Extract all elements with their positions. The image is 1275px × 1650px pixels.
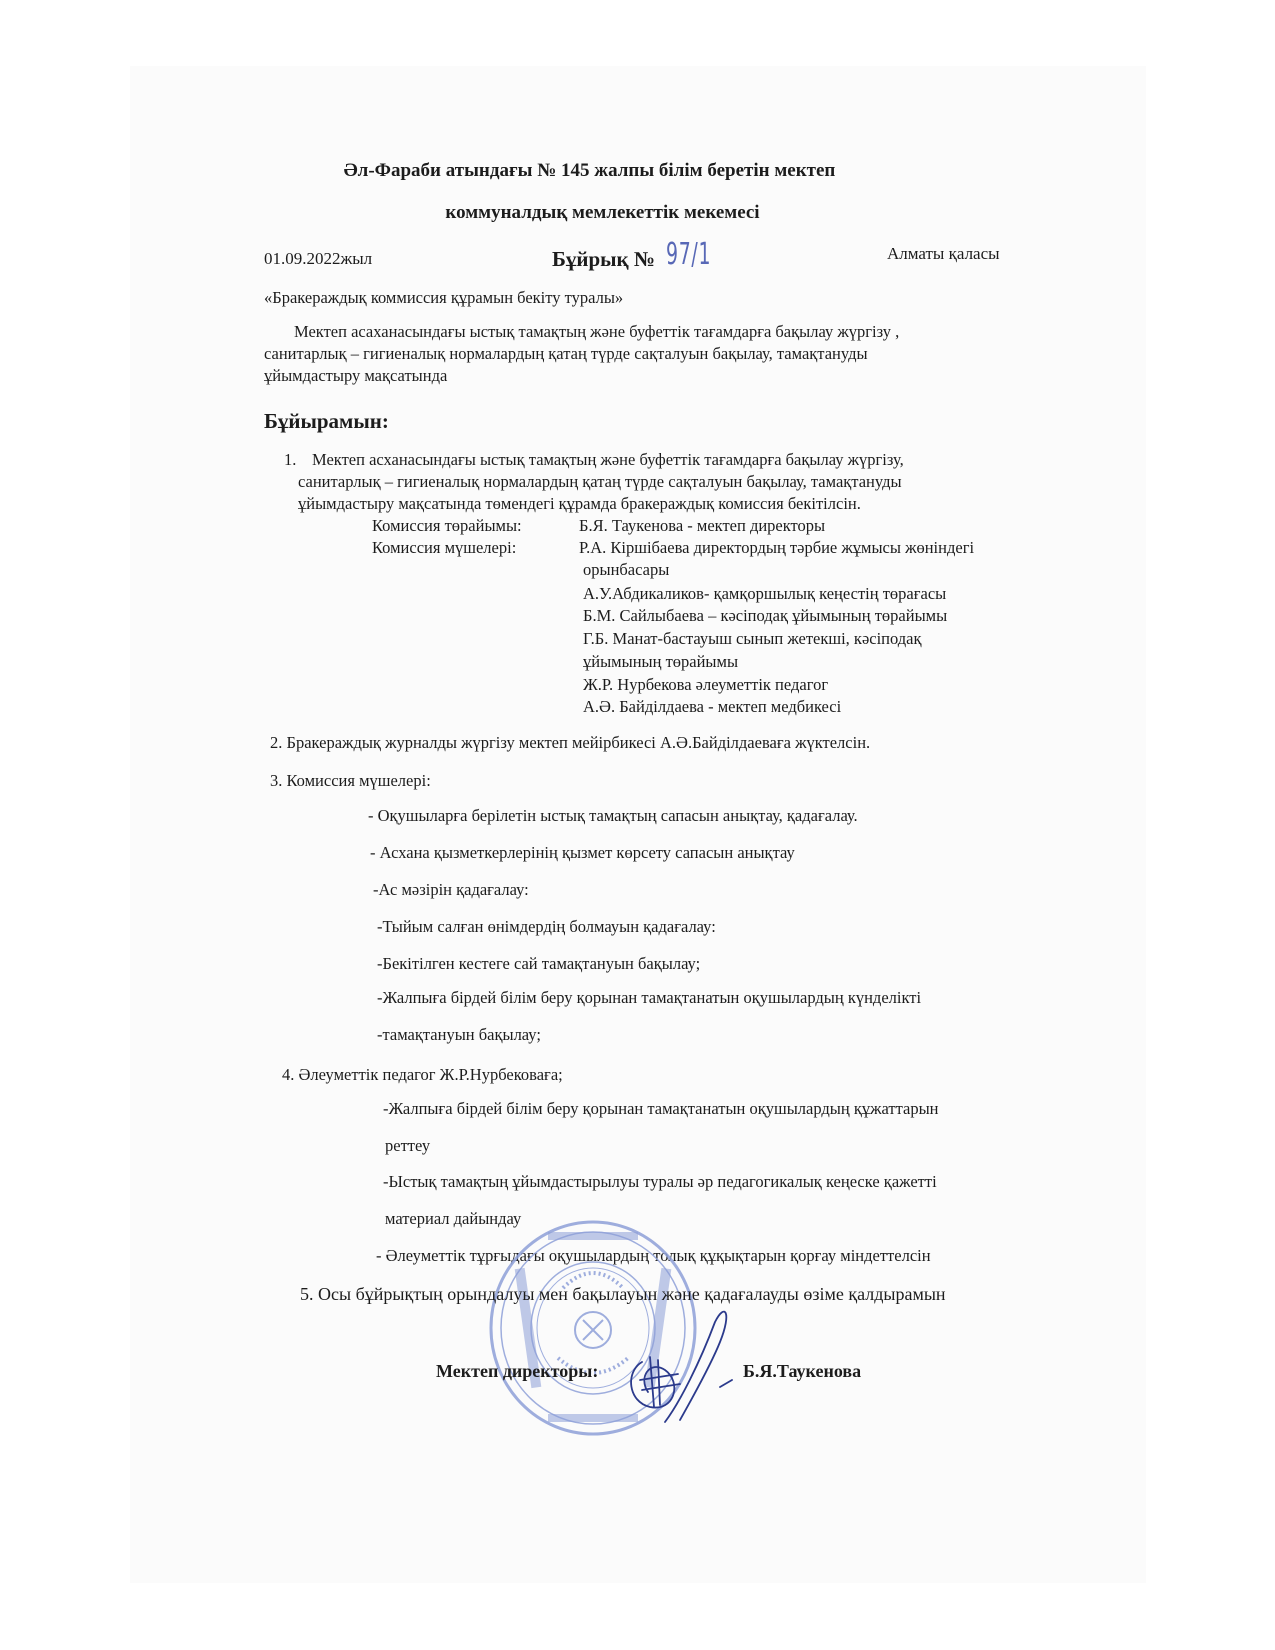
item4-duty: -Жалпыға бірдей білім беру қорынан тамақ… (383, 1099, 939, 1119)
item2: 2. Бракераждық журналды жүргізу мектеп м… (270, 733, 870, 753)
item4-duty: реттеу (385, 1136, 430, 1156)
item3-duty: - Оқушыларға берілетін ыстық тамақтың са… (368, 806, 858, 826)
order-label: Бұйрық № (552, 247, 655, 271)
preamble-line: ұйымдастыру мақсатында (264, 366, 447, 386)
item1-line: санитарлық – гигиеналық нормалардың қата… (298, 472, 902, 492)
signatory-name: Б.Я.Таукенова (743, 1361, 861, 1381)
org-name-line2: коммуналдық мемлекеттік мекемесі (0, 203, 1240, 223)
commission-member: Б.М. Сайлыбаева – кәсіподақ ұйымының төр… (583, 606, 947, 626)
commission-member: Р.А. Кіршібаева директордың тәрбие жұмыс… (579, 538, 974, 558)
order-heading: Бұйырамын: (264, 408, 389, 434)
commission-members-label: Комиссия мүшелері: (372, 538, 516, 558)
item4-title: 4. Әлеуметтік педагог Ж.Р.Нурбековаға; (282, 1065, 563, 1085)
item3-duty: -тамақтануын бақылау; (377, 1025, 541, 1045)
item3-duty: -Бекітілген кестеге сай тамақтануын бақы… (377, 954, 700, 974)
signature-title: Мектеп директоры: (436, 1361, 598, 1381)
item3-duty: -Ас мәзірін қадағалау: (373, 880, 529, 900)
item4-duty: -Ыстық тамақтың ұйымдастырылуы туралы әр… (383, 1172, 937, 1192)
commission-member: Ж.Р. Нурбекова әлеуметтік педагог (583, 675, 828, 695)
order-title: Бұйрық № 97/1 (552, 244, 731, 272)
item1-line: Мектеп асханасындағы ыстық тамақтың және… (312, 450, 904, 470)
commission-member: А.Ә. Байділдаева - мектеп медбикесі (583, 697, 841, 717)
item3-title: 3. Комиссия мүшелері: (270, 771, 431, 791)
preamble-line: Мектеп асаханасындағы ыстық тамақтың жән… (294, 322, 899, 342)
preamble-line: санитарлық – гигиеналық нормалардың қата… (264, 344, 868, 364)
city: Алматы қаласы (887, 244, 1000, 264)
commission-member: ұйымының төрайымы (583, 652, 738, 672)
item3-duty: - Асхана қызметкерлерінің қызмет көрсету… (370, 843, 795, 863)
handwritten-signature-icon (620, 1302, 750, 1442)
item1-line: ұйымдастыру мақсатында төмендегі құрамда… (298, 494, 861, 514)
org-name-line1: Әл-Фараби атындағы № 145 жалпы білім бер… (0, 161, 1227, 181)
commission-chair-value: Б.Я. Таукенова - мектеп директоры (579, 516, 825, 536)
order-subject: «Бракераждық коммиссия құрамын бекіту ту… (264, 288, 623, 308)
item1-number: 1. (284, 450, 296, 470)
commission-member: орынбасары (583, 560, 669, 580)
item5: 5. Осы бұйрықтың орындалуы мен бақылауын… (300, 1284, 946, 1304)
commission-member: Г.Б. Манат-бастауыш сынып жетекші, кәсіп… (583, 629, 922, 649)
item3-duty: -Тыйым салған өнімдердің болмауын қадаға… (377, 917, 716, 937)
item3-duty: -Жалпыға бірдей білім беру қорынан тамақ… (377, 988, 921, 1008)
order-number-handwritten: 97/1 (666, 242, 711, 268)
order-date: 01.09.2022жыл (264, 249, 372, 269)
commission-chair-label: Комиссия төрайымы: (372, 516, 522, 536)
commission-member: А.У.Абдикаликов- қамқоршылық кеңестің тө… (583, 584, 946, 604)
